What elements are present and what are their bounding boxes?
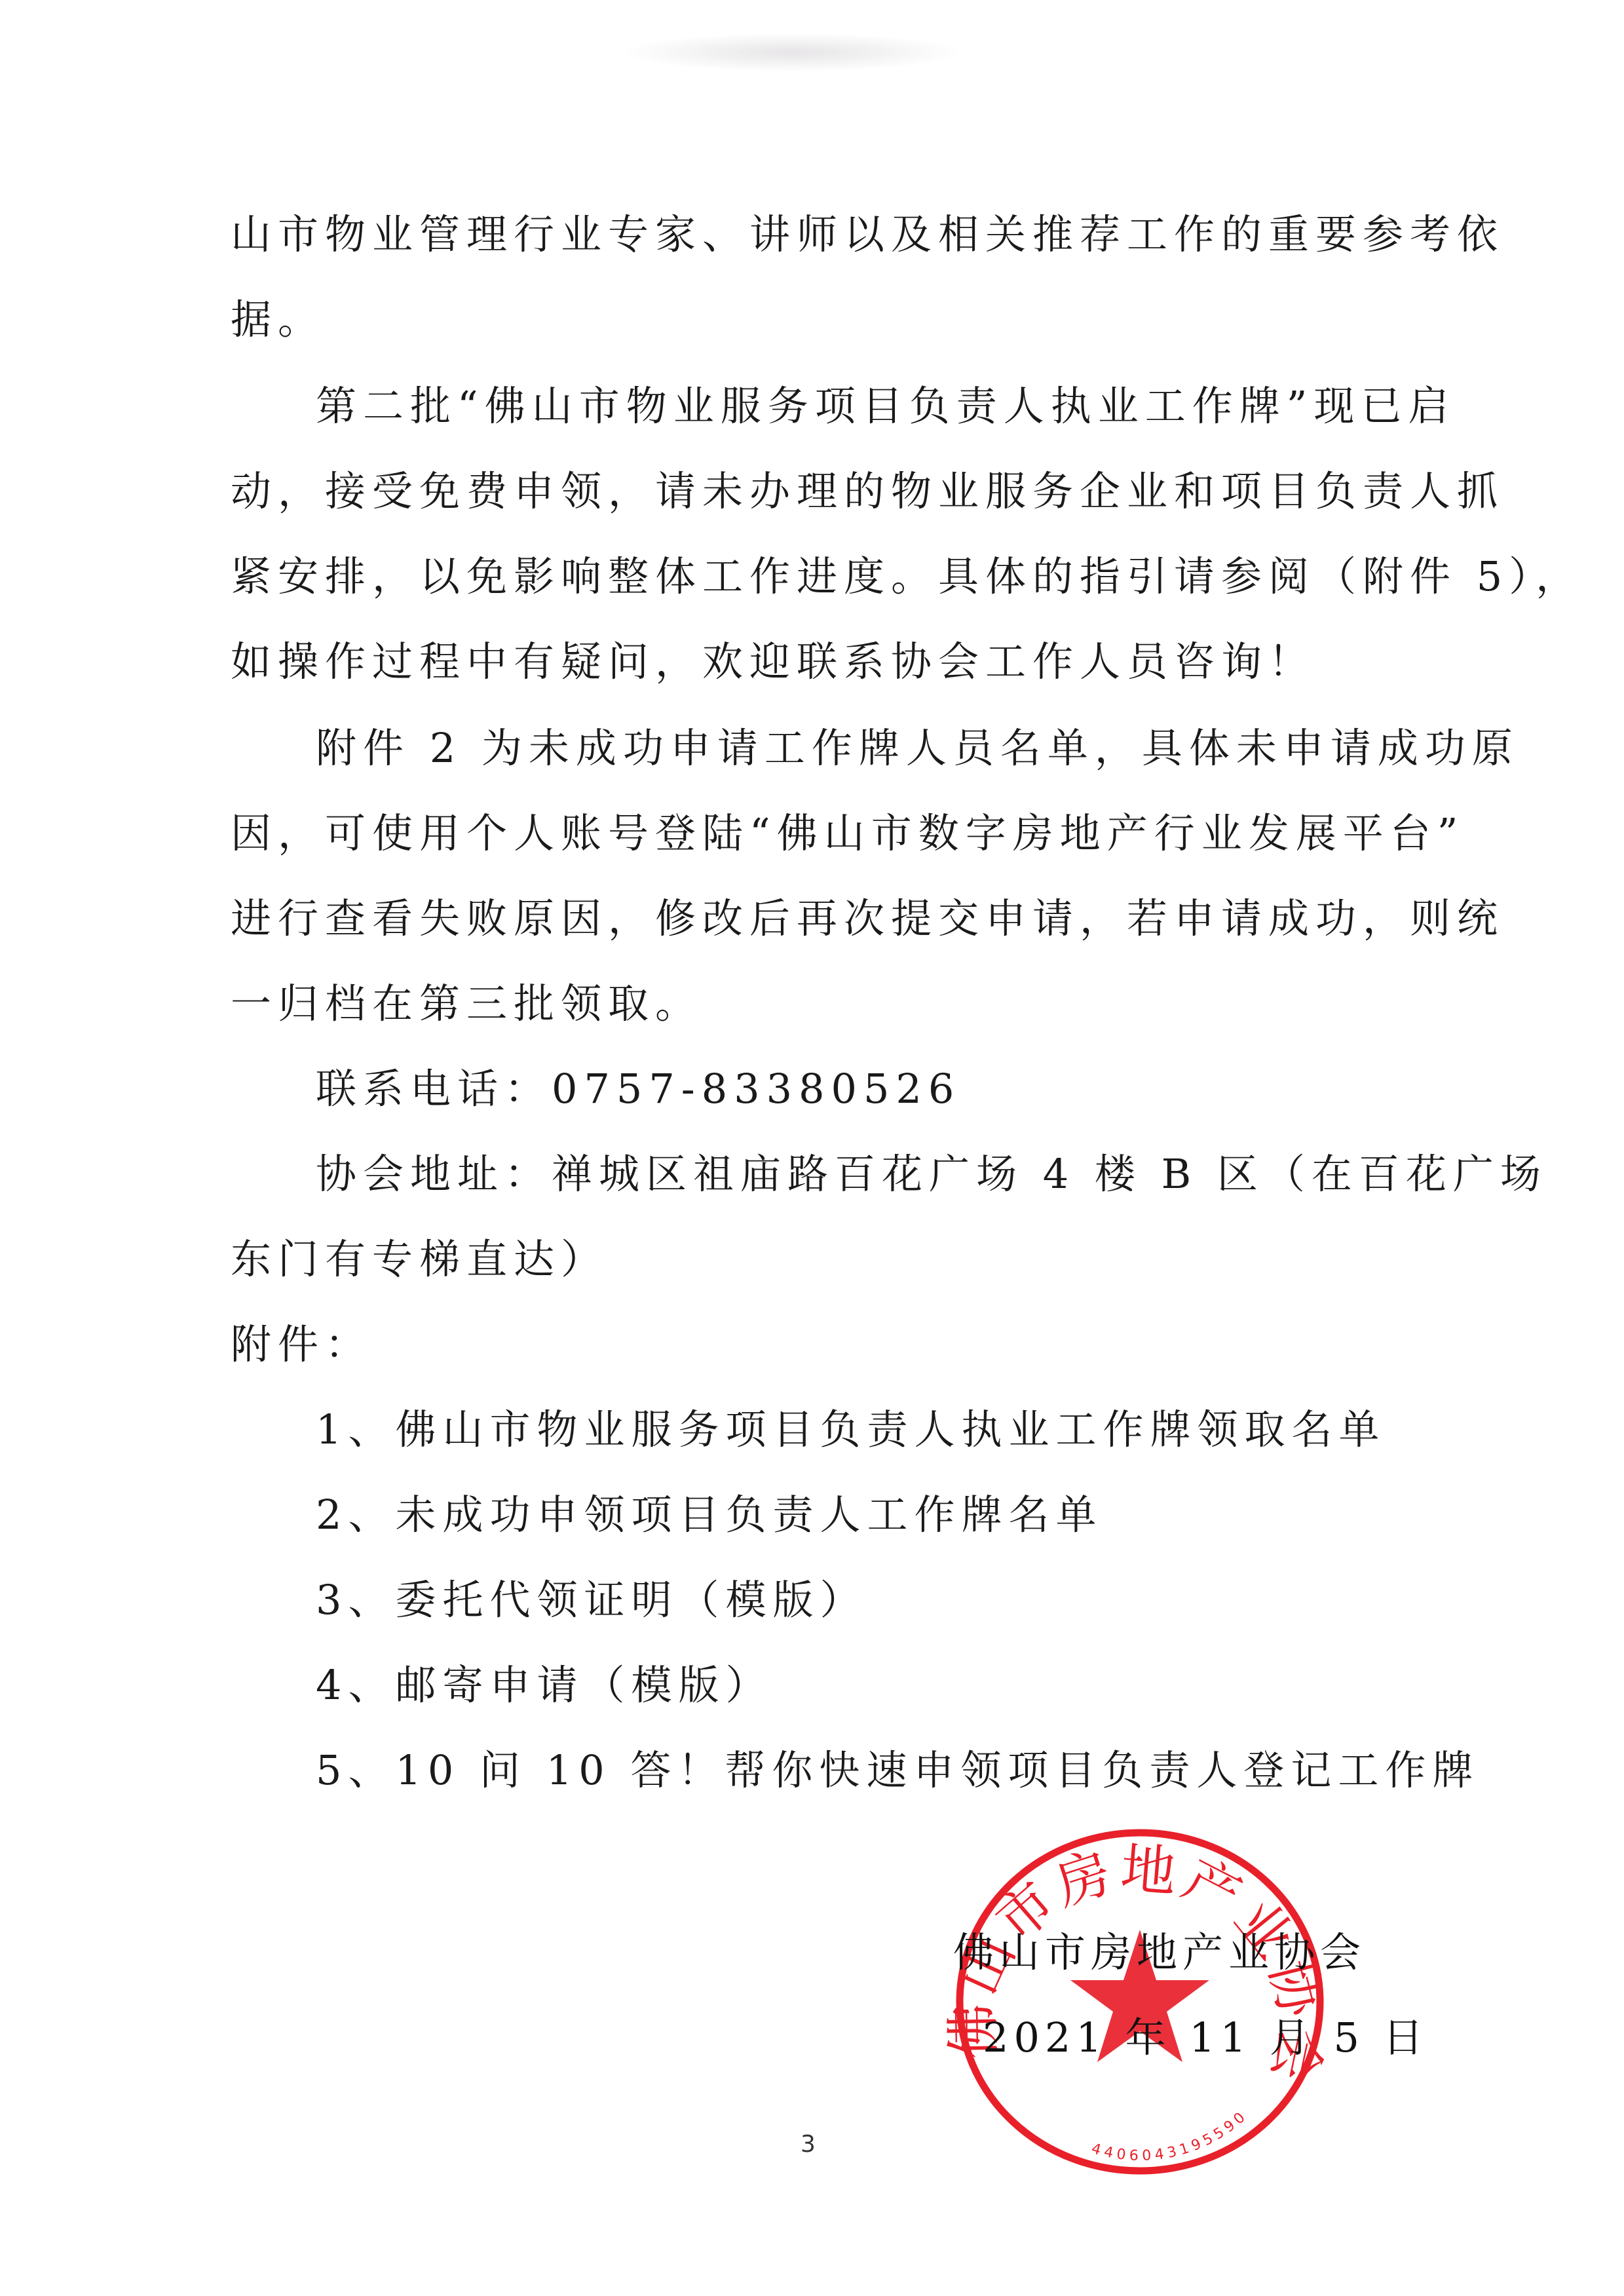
attachments-heading: 附件： <box>231 1318 372 1371</box>
paragraph-line: 山市物业管理行业专家、讲师以及相关推荐工作的重要参考依 <box>231 208 1504 261</box>
page-number: 3 <box>801 2131 816 2158</box>
phone-label: 联系电话： <box>316 1065 552 1113</box>
contact-address: 协会地址：禅城区祖庙路百花广场 4 楼 B 区（在百花广场 <box>316 1148 1547 1200</box>
document-page: 山市物业管理行业专家、讲师以及相关推荐工作的重要参考依 据。 第二批“佛山市物业… <box>0 0 1624 2296</box>
paragraph-line: 如操作过程中有疑问，欢迎联系协会工作人员咨询！ <box>231 636 1315 688</box>
signature-organization: 佛山市房地产业协会 <box>953 1920 1366 1978</box>
attachment-item: 4、邮寄申请（模版） <box>316 1659 772 1712</box>
paragraph-line: 第二批“佛山市物业服务项目负责人执业工作牌”现已启 <box>316 380 1455 432</box>
attachment-item: 5、10 问 10 答！帮你快速申领项目负责人登记工作牌 <box>316 1744 1479 1797</box>
attachment-item: 1、佛山市物业服务项目负责人执业工作牌领取名单 <box>316 1404 1386 1456</box>
paragraph-line: 附件 2 为未成功申请工作牌人员名单，具体未申请成功原 <box>316 722 1519 775</box>
attachment-item: 3、委托代领证明（模版） <box>316 1574 867 1626</box>
signature-date: 2021 年 11 月 5 日 <box>983 2005 1429 2063</box>
bleed-through-artifact <box>622 33 963 72</box>
paragraph-line: 动，接受免费申领，请未办理的物业服务企业和项目负责人抓 <box>231 465 1504 518</box>
contact-phone: 联系电话：0757-83380526 <box>316 1063 960 1115</box>
phone-number: 0757-83380526 <box>552 1065 960 1113</box>
paragraph-line: 一归档在第三批领取。 <box>231 978 702 1030</box>
paragraph-line: 紧安排，以免影响整体工作进度。具体的指引请参阅（附件 5）， <box>231 550 1583 603</box>
attachment-item: 2、未成功申领项目负责人工作牌名单 <box>316 1489 1103 1541</box>
paragraph-line: 进行查看失败原因，修改后再次提交申请，若申请成功，则统 <box>231 892 1504 945</box>
paragraph-line: 因，可使用个人账号登陆“佛山市数字房地产行业发展平台” <box>231 807 1464 860</box>
official-seal-icon: 佛山市房地产业协会 4406043195590 <box>937 1815 1343 2182</box>
contact-address-cont: 东门有专梯直达） <box>231 1233 608 1286</box>
svg-text:4406043195590: 4406043195590 <box>1089 2107 1251 2164</box>
paragraph-line: 据。 <box>231 294 325 346</box>
